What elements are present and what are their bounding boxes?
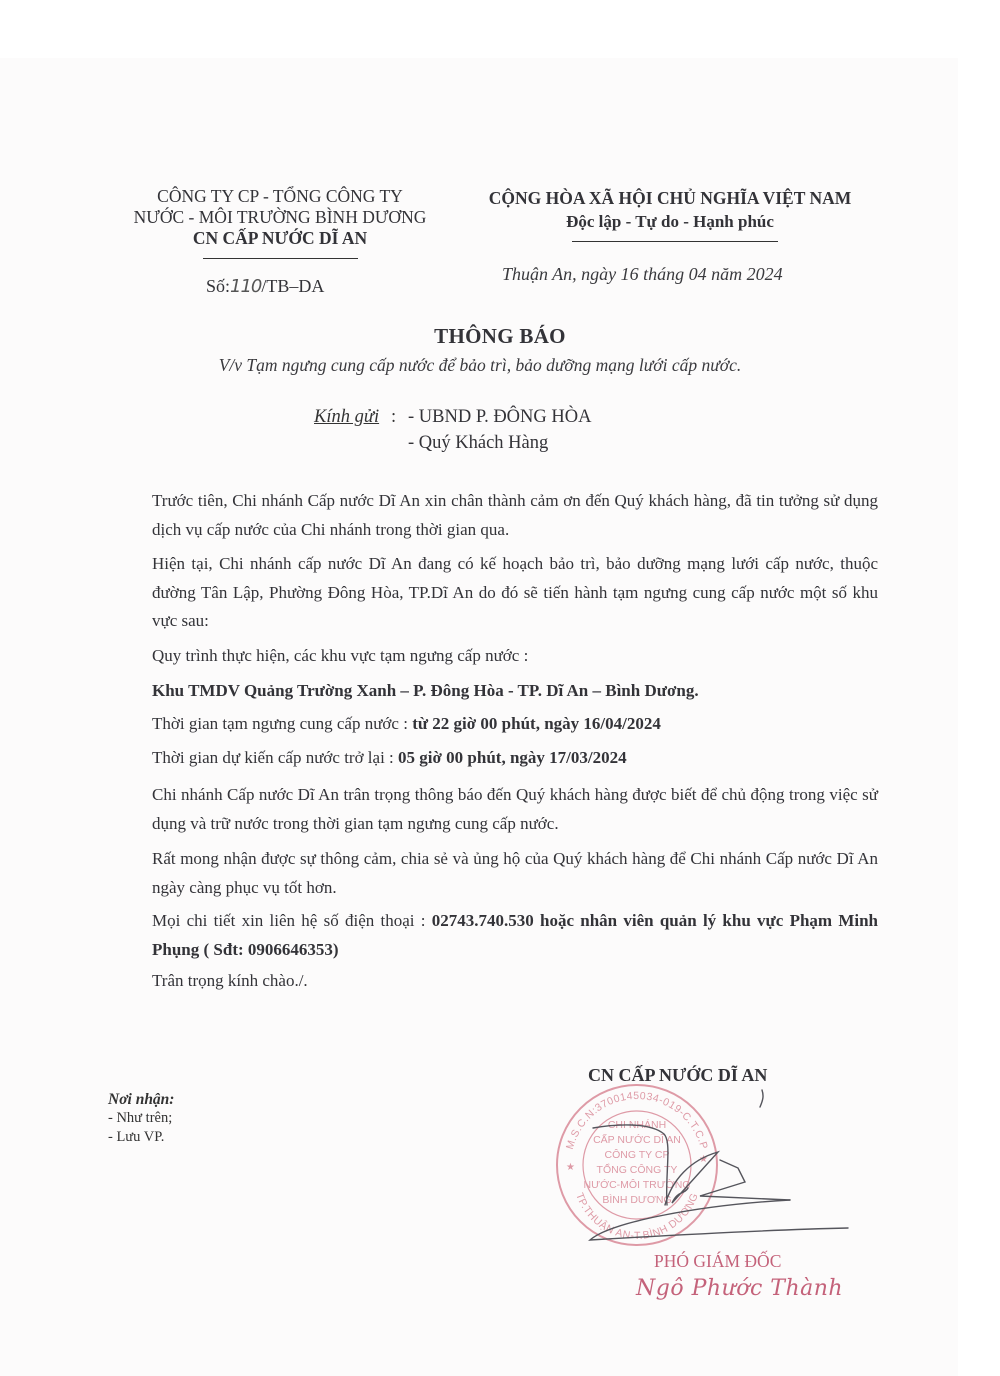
national-motto: Độc lập - Tự do - Hạnh phúc bbox=[460, 210, 880, 233]
document-title: THÔNG BÁO bbox=[0, 324, 1000, 349]
paragraph-notice: Chi nhánh Cấp nước Dĩ An trân trọng thôn… bbox=[108, 781, 878, 838]
resume-time: Thời gian dự kiến cấp nước trở lại : 05 … bbox=[152, 748, 627, 768]
org-line-1: CÔNG TY CP - TỔNG CÔNG TY bbox=[100, 186, 460, 207]
handwritten-number: 110 bbox=[230, 276, 261, 297]
procedure-label: Quy trình thực hiện, các khu vực tạm ngư… bbox=[152, 646, 528, 666]
receiver-2: - Lưu VP. bbox=[108, 1128, 174, 1147]
org-underline bbox=[203, 258, 358, 259]
affected-area: Khu TMDV Quảng Trường Xanh – P. Đông Hòa… bbox=[152, 681, 699, 701]
org-line-2: NƯỚC - MÔI TRƯỜNG BÌNH DƯƠNG bbox=[100, 207, 460, 228]
recipient-label: Kính gửi bbox=[314, 407, 379, 428]
org-line-3: CN CẤP NƯỚC DĨ AN bbox=[100, 228, 460, 249]
national-title: CỘNG HÒA XÃ HỘI CHỦ NGHĨA VIỆT NAM bbox=[460, 187, 880, 210]
signer-name: Ngô Phước Thành bbox=[636, 1276, 843, 1301]
recipient-colon: : bbox=[391, 407, 396, 428]
document-subject: V/v Tạm ngưng cung cấp nước để bảo trì, … bbox=[0, 355, 960, 376]
place-date: Thuận An, ngày 16 tháng 04 năm 2024 bbox=[502, 264, 783, 285]
signing-organization: CN CẤP NƯỚC DĨ AN bbox=[588, 1065, 767, 1086]
issuing-organization: CÔNG TY CP - TỔNG CÔNG TY NƯỚC - MÔI TRƯ… bbox=[100, 186, 460, 249]
motto-underline bbox=[572, 241, 778, 242]
national-header: CỘNG HÒA XÃ HỘI CHỦ NGHĨA VIỆT NAM Độc l… bbox=[460, 187, 880, 233]
closing: Trân trọng kính chào./. bbox=[152, 971, 308, 991]
receivers-block: Nơi nhận: - Như trên; - Lưu VP. bbox=[108, 1090, 174, 1147]
paragraph-thanks: Trước tiên, Chi nhánh Cấp nước Dĩ An xin… bbox=[108, 487, 878, 544]
signer-role: PHÓ GIÁM ĐỐC bbox=[654, 1251, 781, 1272]
recipient-1: - UBND P. ĐÔNG HÒA bbox=[408, 407, 591, 428]
paragraph-contact: Mọi chi tiết xin liên hệ số điện thoại :… bbox=[108, 907, 878, 964]
receiver-1: - Như trên; bbox=[108, 1109, 174, 1128]
paragraph-appreciation: Rất mong nhận được sự thông cảm, chia sẻ… bbox=[108, 845, 878, 902]
paragraph-plan: Hiện tại, Chi nhánh cấp nước Dĩ An đang … bbox=[108, 550, 878, 636]
recipient-2: - Quý Khách Hàng bbox=[408, 433, 548, 454]
document-number: Số:110/TB–DA bbox=[206, 276, 324, 297]
receivers-label: Nơi nhận: bbox=[108, 1090, 174, 1109]
contact-phone: 02743.740.530 bbox=[432, 911, 534, 930]
stop-time: Thời gian tạm ngưng cung cấp nước : từ 2… bbox=[152, 714, 661, 734]
